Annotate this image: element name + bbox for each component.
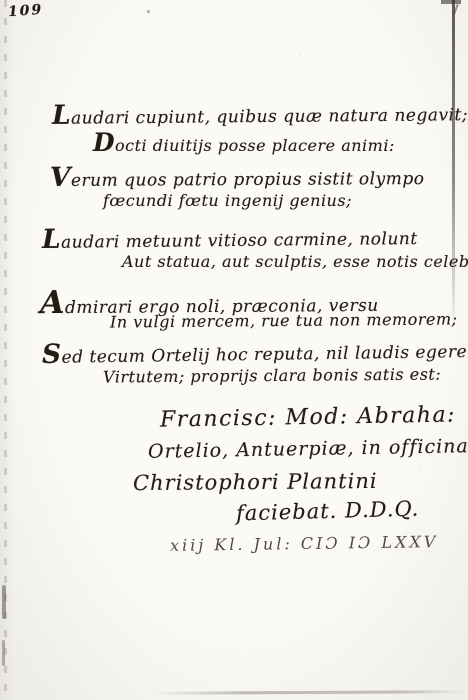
left-edge-smudge <box>2 640 5 666</box>
colophon-line-date: xiij Kl. Jul: CIƆ IƆ LXXV <box>170 532 439 555</box>
right-page-edge-line <box>452 0 455 330</box>
bottom-scan-streak <box>152 690 464 695</box>
poem-line-2: Docti diuitijs posse placere animi: <box>93 128 395 157</box>
left-edge-smudge <box>2 585 6 619</box>
poem-line-1: Laudari cupiunt, quibus quæ natura negav… <box>52 96 468 131</box>
colophon-line-author: Francisc: Mod: Abraha: <box>160 402 456 432</box>
poem-line-8: In vulgi mercem, rue tua non memorem; <box>110 309 458 331</box>
paper-speckles <box>0 0 1 1</box>
page-number: 109 <box>7 2 43 20</box>
poem-line-10: Virtutem; proprijs clara bonis satis est… <box>103 365 441 387</box>
colophon-line-printer: Christophori Plantini <box>133 469 378 495</box>
colophon-line-faciebat: faciebat. D.D.Q. <box>236 497 420 526</box>
poem-line-5: Laudari metuunt vitioso carmine, nolunt <box>42 220 418 255</box>
poem-line-3: Verum quos patrio propius sistit olympo <box>50 160 425 193</box>
manuscript-page: 109 Laudari cupiunt, quibus quæ natura n… <box>0 0 468 700</box>
colophon-line-dedicatee: Ortelio, Antuerpiæ, in officina <box>148 435 468 463</box>
poem-line-6: Aut statua, aut sculptis, esse notis cel… <box>122 252 468 271</box>
poem-line-4: fœcundi fœtu ingenij genius; <box>103 191 352 210</box>
top-right-edge-smudge <box>441 0 461 4</box>
